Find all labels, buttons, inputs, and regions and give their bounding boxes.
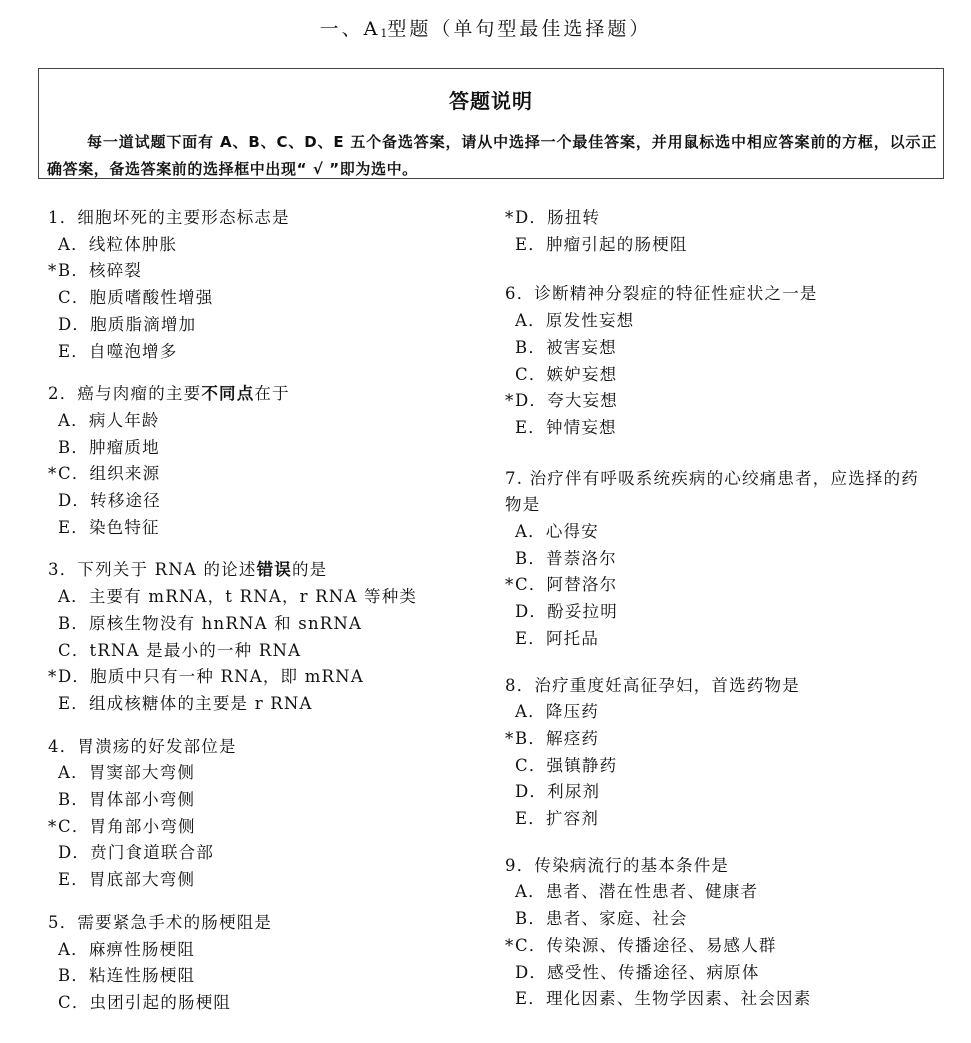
option-d[interactable]: D．酚妥拉明 <box>505 599 935 626</box>
option-b[interactable]: B．被害妄想 <box>505 335 935 362</box>
option-letter: D． <box>515 960 547 987</box>
option-text: 扩容剂 <box>546 809 599 828</box>
answer-mark: * <box>48 664 58 691</box>
option-text: 虫团引起的肠梗阻 <box>90 993 232 1012</box>
option-text: 被害妄想 <box>546 338 617 357</box>
option-letter: E． <box>58 691 89 718</box>
option-letter: A． <box>58 408 89 435</box>
option-letter: A． <box>58 760 89 787</box>
option-text: 胞质中只有一种 RNA，即 mRNA <box>90 667 364 686</box>
option-letter: E． <box>515 806 546 833</box>
option-text: 转移途径 <box>90 491 161 510</box>
option-c[interactable]: *C．胃角部小弯侧 <box>48 814 468 841</box>
question-number: 8． <box>505 676 534 695</box>
option-text: 利尿剂 <box>547 782 600 801</box>
option-e[interactable]: E．自噬泡增多 <box>48 339 468 366</box>
option-b[interactable]: B．肿瘤质地 <box>48 435 468 462</box>
option-a[interactable]: A．主要有 mRNA，t RNA，r RNA 等种类 <box>48 584 468 611</box>
option-c[interactable]: *C．组织来源 <box>48 461 468 488</box>
option-letter: E． <box>515 232 546 259</box>
option-letter: B． <box>515 726 546 753</box>
option-e[interactable]: E．阿托品 <box>505 626 935 653</box>
option-c[interactable]: C．嫉妒妄想 <box>505 362 935 389</box>
option-letter: C． <box>515 933 547 960</box>
option-text: 肿瘤质地 <box>89 438 160 457</box>
option-letter: B． <box>58 787 89 814</box>
option-letter: D． <box>58 840 90 867</box>
question-number: 9． <box>505 856 534 875</box>
stem-text: 治疗重度妊高征孕妇，首选药物是 <box>534 676 800 695</box>
stem-emphasis: 不同点 <box>201 384 254 403</box>
option-d[interactable]: D．利尿剂 <box>505 779 935 806</box>
option-text: 胃体部小弯侧 <box>89 790 195 809</box>
option-letter: C． <box>58 461 90 488</box>
option-text: 患者、家庭、社会 <box>546 909 688 928</box>
option-b[interactable]: *B．解痉药 <box>505 726 935 753</box>
option-text: 酚妥拉明 <box>547 602 618 621</box>
option-letter: A． <box>515 308 546 335</box>
option-letter: B． <box>58 611 89 638</box>
answer-mark: * <box>48 461 58 488</box>
option-letter: B． <box>58 258 89 285</box>
option-text: 解痉药 <box>546 729 599 748</box>
option-letter: C． <box>515 753 547 780</box>
question-8: 8．治疗重度妊高征孕妇，首选药物是 A．降压药 *B．解痉药 C．强镇静药 D．… <box>505 673 935 833</box>
section-title-prefix: 一、A <box>320 18 381 40</box>
option-text: 钟情妄想 <box>546 418 617 437</box>
question-4: 4．胃溃疡的好发部位是 A．胃窦部大弯侧 B．胃体部小弯侧 *C．胃角部小弯侧 … <box>48 734 468 894</box>
option-e[interactable]: E．组成核糖体的主要是 r RNA <box>48 691 468 718</box>
question-stem: 2．癌与肉瘤的主要不同点在于 <box>48 381 468 408</box>
option-letter: D． <box>515 599 547 626</box>
section-title-suffix: 型题（单句型最佳选择题） <box>387 18 651 40</box>
option-letter: A． <box>58 584 89 611</box>
option-b[interactable]: B．患者、家庭、社会 <box>505 906 935 933</box>
option-a[interactable]: A．原发性妄想 <box>505 308 935 335</box>
option-letter: C． <box>515 362 547 389</box>
question-stem: 4．胃溃疡的好发部位是 <box>48 734 468 761</box>
option-letter: E． <box>515 415 546 442</box>
option-letter: A． <box>515 699 546 726</box>
option-letter: C． <box>58 285 90 312</box>
option-d[interactable]: D．贲门食道联合部 <box>48 840 468 867</box>
option-e[interactable]: E．肿瘤引起的肠梗阻 <box>505 232 935 259</box>
option-d[interactable]: *D．夸大妄想 <box>505 388 935 415</box>
option-text: 理化因素、生物学因素、社会因素 <box>546 989 812 1008</box>
option-letter: E． <box>515 626 546 653</box>
question-7: 7. 治疗伴有呼吸系统疾病的心绞痛患者，应选择的药物是 A．心得安 B．普萘洛尔… <box>505 466 935 653</box>
stem-text: 细胞坏死的主要形态标志是 <box>77 208 289 227</box>
option-e[interactable]: E．理化因素、生物学因素、社会因素 <box>505 986 935 1013</box>
question-stem: 5．需要紧急手术的肠梗阻是 <box>48 910 468 937</box>
option-text: 胞质脂滴增加 <box>90 315 196 334</box>
stem-text: 诊断精神分裂症的特征性症状之一是 <box>534 284 817 303</box>
option-letter: B． <box>58 435 89 462</box>
question-9: 9．传染病流行的基本条件是 A．患者、潜在性患者、健康者 B．患者、家庭、社会 … <box>505 853 935 1013</box>
option-d[interactable]: D．转移途径 <box>48 488 468 515</box>
option-text: 线粒体肿胀 <box>89 235 178 254</box>
option-e[interactable]: E．钟情妄想 <box>505 415 935 442</box>
option-letter: D． <box>58 664 90 691</box>
answer-mark: * <box>48 814 58 841</box>
option-text: 普萘洛尔 <box>546 549 617 568</box>
question-number: 6． <box>505 284 534 303</box>
option-text: 组织来源 <box>90 464 161 483</box>
option-letter: B． <box>515 906 546 933</box>
option-c[interactable]: C．强镇静药 <box>505 753 935 780</box>
answer-mark: * <box>48 258 58 285</box>
option-c[interactable]: C．胞质嗜酸性增强 <box>48 285 468 312</box>
option-b[interactable]: B．胃体部小弯侧 <box>48 787 468 814</box>
option-letter: A． <box>58 232 89 259</box>
option-a[interactable]: A．患者、潜在性患者、健康者 <box>505 879 935 906</box>
option-a[interactable]: A．麻痹性肠梗阻 <box>48 937 468 964</box>
stem-text: 的是 <box>292 560 327 579</box>
question-2: 2．癌与肉瘤的主要不同点在于 A．病人年龄 B．肿瘤质地 *C．组织来源 D．转… <box>48 381 468 541</box>
option-text: 心得安 <box>546 522 599 541</box>
option-letter: A． <box>515 879 546 906</box>
option-letter: B． <box>515 546 546 573</box>
answer-mark: * <box>505 388 515 415</box>
option-a[interactable]: A．心得安 <box>505 519 935 546</box>
question-stem: 7. 治疗伴有呼吸系统疾病的心绞痛患者，应选择的药物是 <box>505 466 925 519</box>
option-text: 肠扭转 <box>547 208 600 227</box>
option-c[interactable]: *C．传染源、传播途径、易感人群 <box>505 933 935 960</box>
question-number: 4． <box>48 737 77 756</box>
option-text: 肿瘤引起的肠梗阻 <box>546 235 688 254</box>
option-text: 感受性、传播途径、病原体 <box>547 963 759 982</box>
option-text: 患者、潜在性患者、健康者 <box>546 882 758 901</box>
option-text: 胃窦部大弯侧 <box>89 763 195 782</box>
option-text: 主要有 mRNA，t RNA，r RNA 等种类 <box>89 587 417 606</box>
option-text: 强镇静药 <box>547 756 618 775</box>
option-c[interactable]: *C．阿替洛尔 <box>505 572 935 599</box>
option-text: 阿替洛尔 <box>547 575 618 594</box>
option-text: 胃角部小弯侧 <box>90 817 196 836</box>
answer-mark: * <box>505 205 515 232</box>
option-letter: E． <box>58 867 89 894</box>
option-text: 病人年龄 <box>89 411 160 430</box>
question-1: 1．细胞坏死的主要形态标志是 A．线粒体肿胀 *B．核碎裂 C．胞质嗜酸性增强 … <box>48 205 468 365</box>
option-letter: D． <box>515 779 547 806</box>
stem-text: 下列关于 RNA 的论述 <box>77 560 256 579</box>
option-letter: D． <box>58 312 90 339</box>
option-text: 染色特征 <box>89 518 160 537</box>
stem-text: 传染病流行的基本条件是 <box>534 856 729 875</box>
option-letter: D． <box>58 488 90 515</box>
option-a[interactable]: A．降压药 <box>505 699 935 726</box>
stem-text: 在于 <box>254 384 289 403</box>
option-text: 组成核糖体的主要是 r RNA <box>89 694 313 713</box>
option-a[interactable]: A．线粒体肿胀 <box>48 232 468 259</box>
option-letter: D． <box>515 205 547 232</box>
question-3: 3．下列关于 RNA 的论述错误的是 A．主要有 mRNA，t RNA，r RN… <box>48 557 468 717</box>
option-c[interactable]: C．tRNA 是最小的一种 RNA <box>48 638 468 665</box>
instructions-title: 答题说明 <box>39 85 943 114</box>
question-stem: 3．下列关于 RNA 的论述错误的是 <box>48 557 468 584</box>
question-number: 3． <box>48 560 77 579</box>
stem-emphasis: 错误 <box>257 560 292 579</box>
option-a[interactable]: A．病人年龄 <box>48 408 468 435</box>
option-d[interactable]: D．感受性、传播途径、病原体 <box>505 960 935 987</box>
option-text: 夸大妄想 <box>547 391 618 410</box>
option-text: 嫉妒妄想 <box>547 365 618 384</box>
option-text: 传染源、传播途径、易感人群 <box>547 936 777 955</box>
option-letter: E． <box>58 515 89 542</box>
option-a[interactable]: A．胃窦部大弯侧 <box>48 760 468 787</box>
option-text: 降压药 <box>546 702 599 721</box>
question-stem: 8．治疗重度妊高征孕妇，首选药物是 <box>505 673 935 700</box>
question-5: 5．需要紧急手术的肠梗阻是 A．麻痹性肠梗阻 B．粘连性肠梗阻 C．虫团引起的肠… <box>48 910 468 1017</box>
option-d[interactable]: *D．胞质中只有一种 RNA，即 mRNA <box>48 664 468 691</box>
option-text: 核碎裂 <box>89 261 142 280</box>
left-column: 1．细胞坏死的主要形态标志是 A．线粒体肿胀 *B．核碎裂 C．胞质嗜酸性增强 … <box>48 205 468 1033</box>
stem-text: 需要紧急手术的肠梗阻是 <box>77 913 272 932</box>
question-number: 5． <box>48 913 77 932</box>
option-b[interactable]: B．普萘洛尔 <box>505 546 935 573</box>
question-number: 1． <box>48 208 77 227</box>
question-5-continued: *D．肠扭转 E．肿瘤引起的肠梗阻 <box>505 205 935 258</box>
option-letter: A． <box>58 937 89 964</box>
option-letter: C． <box>58 990 90 1017</box>
option-b[interactable]: B．原核生物没有 hnRNA 和 snRNA <box>48 611 468 638</box>
stem-text: 癌与肉瘤的主要 <box>77 384 201 403</box>
section-title: 一、A1型题（单句型最佳选择题） <box>0 14 971 41</box>
option-text: 原核生物没有 hnRNA 和 snRNA <box>89 614 362 633</box>
answer-mark: * <box>505 933 515 960</box>
stem-text: 治疗伴有呼吸系统疾病的心绞痛患者，应选择的药物是 <box>505 469 919 515</box>
option-c[interactable]: C．虫团引起的肠梗阻 <box>48 990 468 1017</box>
option-e[interactable]: E．染色特征 <box>48 515 468 542</box>
option-letter: B． <box>515 335 546 362</box>
answer-mark: * <box>505 726 515 753</box>
option-text: 自噬泡增多 <box>89 342 178 361</box>
option-text: 贲门食道联合部 <box>90 843 214 862</box>
option-e[interactable]: E．胃底部大弯侧 <box>48 867 468 894</box>
question-number: 7. <box>505 469 530 488</box>
answer-mark: * <box>505 572 515 599</box>
option-letter: E． <box>515 986 546 1013</box>
question-6: 6．诊断精神分裂症的特征性症状之一是 A．原发性妄想 B．被害妄想 C．嫉妒妄想… <box>505 281 935 441</box>
option-e[interactable]: E．扩容剂 <box>505 806 935 833</box>
option-letter: B． <box>58 963 89 990</box>
option-letter: C． <box>58 638 90 665</box>
option-d[interactable]: *D．肠扭转 <box>505 205 935 232</box>
option-b[interactable]: B．粘连性肠梗阻 <box>48 963 468 990</box>
option-d[interactable]: D．胞质脂滴增加 <box>48 312 468 339</box>
option-text: 阿托品 <box>546 629 599 648</box>
option-b[interactable]: *B．核碎裂 <box>48 258 468 285</box>
question-stem: 1．细胞坏死的主要形态标志是 <box>48 205 468 232</box>
question-stem: 9．传染病流行的基本条件是 <box>505 853 935 880</box>
option-letter: C． <box>58 814 90 841</box>
option-text: tRNA 是最小的一种 RNA <box>90 641 302 660</box>
question-number: 2． <box>48 384 77 403</box>
option-letter: A． <box>515 519 546 546</box>
option-letter: D． <box>515 388 547 415</box>
option-text: 原发性妄想 <box>546 311 635 330</box>
right-column: *D．肠扭转 E．肿瘤引起的肠梗阻 6．诊断精神分裂症的特征性症状之一是 A．原… <box>505 205 935 1029</box>
question-stem: 6．诊断精神分裂症的特征性症状之一是 <box>505 281 935 308</box>
option-text: 麻痹性肠梗阻 <box>89 940 195 959</box>
option-text: 胞质嗜酸性增强 <box>90 288 214 307</box>
option-letter: C． <box>515 572 547 599</box>
option-letter: E． <box>58 339 89 366</box>
instructions-text: 每一道试题下面有 A、B、C、D、E 五个备选答案，请从中选择一个最佳答案，并用… <box>47 129 937 183</box>
option-text: 胃底部大弯侧 <box>89 870 195 889</box>
option-text: 粘连性肠梗阻 <box>89 966 195 985</box>
instructions-box: 答题说明 每一道试题下面有 A、B、C、D、E 五个备选答案，请从中选择一个最佳… <box>38 68 944 179</box>
stem-text: 胃溃疡的好发部位是 <box>77 737 236 756</box>
